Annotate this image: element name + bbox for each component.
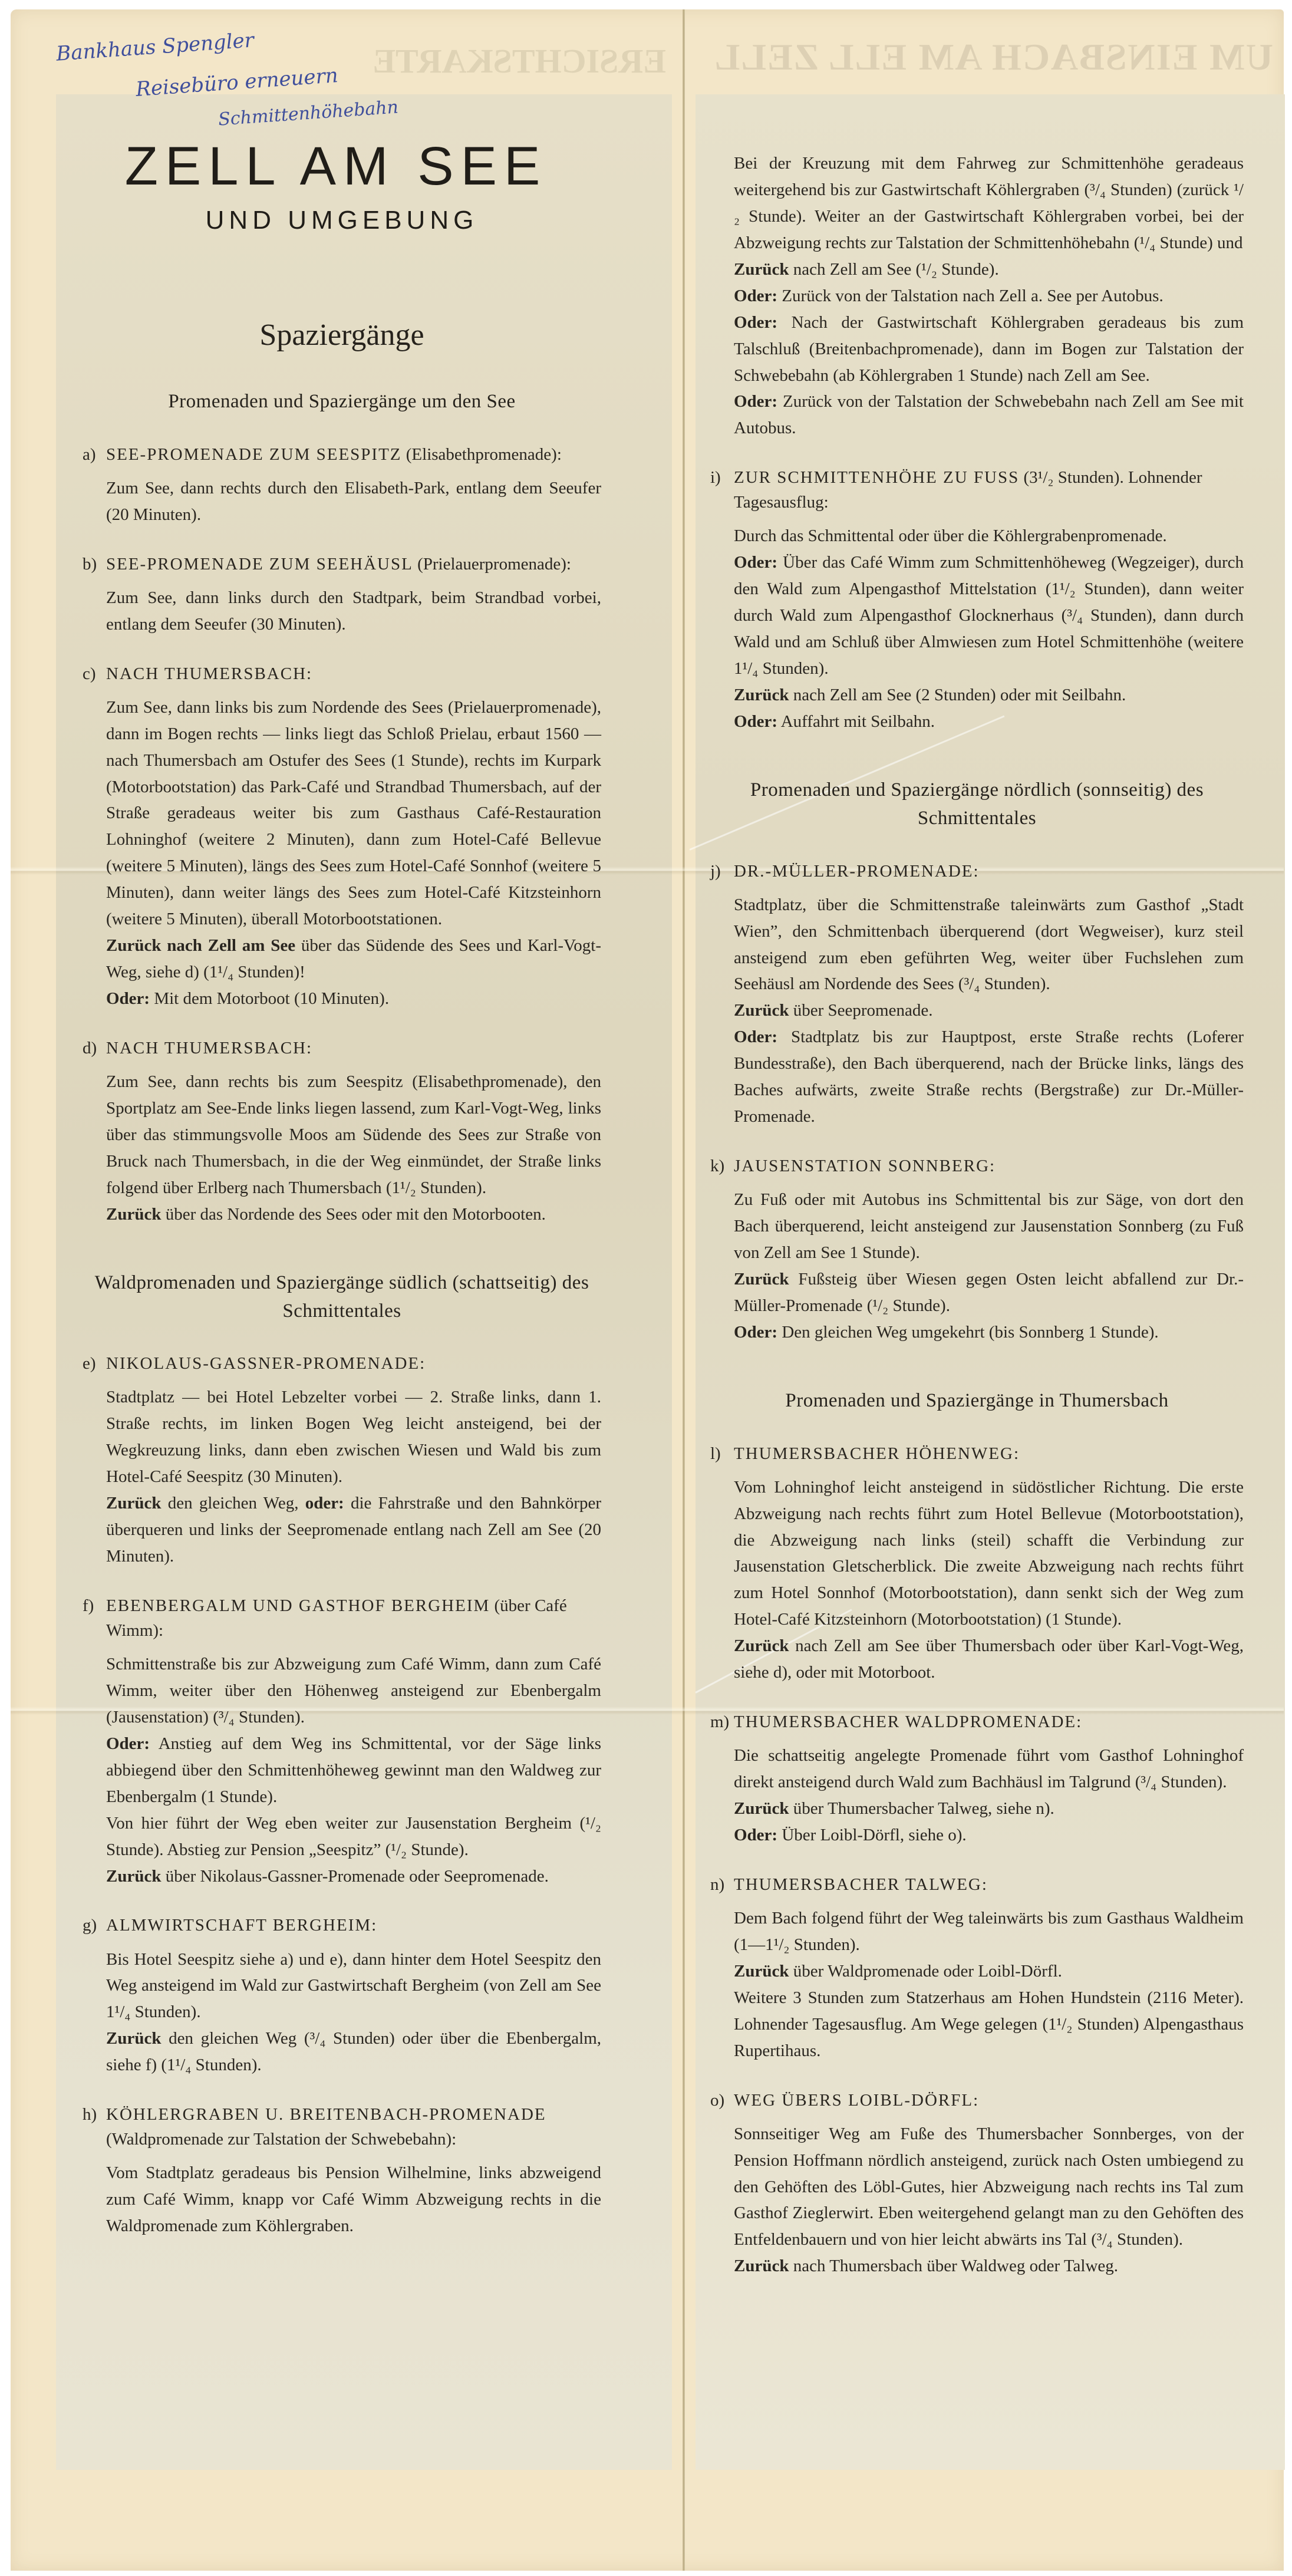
walk-paragraph: Oder: Stadtplatz bis zur Hauptpost, erst… (734, 1024, 1244, 1130)
walk-title: h)KÖHLERGRABEN U. BREITENBACH-PROMENADE … (83, 2102, 601, 2152)
walk-title: m)THUMERSBACHER WALDPROMENADE: (710, 1709, 1244, 1734)
walk-title: a)SEE-PROMENADE ZUM SEESPITZ (Elisabethp… (83, 442, 601, 467)
walk-item: j)DR.-MÜLLER-PROMENADE:Stadtplatz, über … (710, 859, 1244, 1130)
walk-paragraph: Zurück über Nikolaus-Gassner-Promenade o… (106, 1863, 601, 1890)
walk-item: c)NACH THUMERSBACH:Zum See, dann links b… (83, 661, 601, 1012)
left-sections: Promenaden und Spaziergänge um den Seea)… (83, 388, 601, 2239)
walk-name: SEE-PROMENADE ZUM SEESPITZ (106, 445, 402, 464)
section-heading: Waldpromenaden und Spaziergänge südlich … (83, 1269, 601, 1326)
walk-name: THUMERSBACHER TALWEG: (734, 1875, 988, 1894)
walk-letter: m) (710, 1709, 734, 1734)
brochure-title: ZELL AM SEE (71, 136, 601, 197)
walk-paragraph: Zum See, dann rechts durch den Elisabeth… (106, 475, 601, 528)
walk-paragraph: Die schattseitig angelegte Promenade füh… (734, 1742, 1244, 1796)
walk-name: THUMERSBACHER HÖHENWEG: (734, 1444, 1020, 1463)
walk-paragraph: Oder: Über Loibl-Dörfl, siehe o). (734, 1822, 1244, 1849)
walk-letter: a) (83, 442, 106, 467)
walk-name: ALMWIRTSCHAFT BERGHEIM: (106, 1916, 377, 1935)
walk-paragraph: Zurück über Thumersbacher Talweg, siehe … (734, 1796, 1244, 1822)
walk-name: KÖHLERGRABEN U. BREITENBACH-PROMENADE (106, 2105, 546, 2124)
walk-paragraph: Weitere 3 Stunden zum Statzerhaus am Hoh… (734, 1985, 1244, 2064)
walk-letter: j) (710, 859, 734, 884)
walk-letter: l) (710, 1441, 734, 1466)
walk-name: NACH THUMERSBACH: (106, 1039, 312, 1058)
walk-letter: g) (83, 1913, 106, 1938)
walk-paragraph: Zurück nach Zell am See über das Südende… (106, 933, 601, 986)
walk-title: j)DR.-MÜLLER-PROMENADE: (710, 859, 1244, 884)
walk-title: g)ALMWIRTSCHAFT BERGHEIM: (83, 1913, 601, 1938)
section-heading: Promenaden und Spaziergänge nördlich (so… (710, 776, 1244, 833)
walk-letter: d) (83, 1036, 106, 1060)
walk-paragraph: Oder: Auffahrt mit Seilbahn. (734, 709, 1244, 735)
walk-item: g)ALMWIRTSCHAFT BERGHEIM:Bis Hotel Seesp… (83, 1913, 601, 2078)
walk-letter: i) (710, 465, 734, 490)
walk-title: f)EBENBERGALM UND GASTHOF BERGHEIM (über… (83, 1593, 601, 1643)
walk-paragraph: Zurück nach Zell am See über Thumersbach… (734, 1633, 1244, 1686)
walk-paragraph: Zum See, dann links durch den Stadtpark,… (106, 585, 601, 638)
walk-paragraph: Zurück über Waldpromenade oder Loibl-Dör… (734, 1958, 1244, 1985)
walk-item: m)THUMERSBACHER WALDPROMENADE:Die schatt… (710, 1709, 1244, 1849)
paragraph: Zurück nach Zell am See (¹/₂ Stunde). (734, 256, 1244, 283)
walk-paragraph: Oder: Anstieg auf dem Weg ins Schmittent… (106, 1731, 601, 1810)
walk-paragraph: Zurück nach Zell am See (2 Stunden) oder… (734, 682, 1244, 709)
walk-letter: h) (83, 2102, 106, 2127)
walk-item: b)SEE-PROMENADE ZUM SEEHÄUSL (Prielauerp… (83, 552, 601, 638)
right-sections: Bei der Kreuzung mit dem Fahrweg zur Sch… (710, 150, 1244, 2279)
walk-title: e)NIKOLAUS-GASSNER-PROMENADE: (83, 1351, 601, 1376)
walk-note: (Prielauerpromenade): (413, 555, 571, 574)
walk-paragraph: Bis Hotel Seespitz siehe a) und e), dann… (106, 1946, 601, 2026)
walk-title: c)NACH THUMERSBACH: (83, 661, 601, 686)
walk-paragraph: Zurück über Seepromenade. (734, 997, 1244, 1024)
walk-item: d)NACH THUMERSBACH:Zum See, dann rechts … (83, 1036, 601, 1228)
walk-paragraph: Stadtplatz — bei Hotel Lebzelter vorbei … (106, 1384, 601, 1490)
walk-name: THUMERSBACHER WALDPROMENADE: (734, 1712, 1082, 1731)
walk-paragraph: Zum See, dann rechts bis zum Seespitz (E… (106, 1069, 601, 1201)
walk-item: e)NIKOLAUS-GASSNER-PROMENADE:Stadtplatz … (83, 1351, 601, 1570)
walk-name: SEE-PROMENADE ZUM SEEHÄUSL (106, 555, 413, 574)
walk-item: i)ZUR SCHMITTENHÖHE ZU FUSS (3¹/₂ Stunde… (710, 465, 1244, 735)
left-column: ZELL AM SEE UND UMGEBUNG Spaziergänge Pr… (83, 136, 601, 2263)
paragraph: Oder: Nach der Gastwirtschaft Köhlergrab… (734, 309, 1244, 389)
walk-item: l)THUMERSBACHER HÖHENWEG:Vom Lohninghof … (710, 1441, 1244, 1686)
walk-letter: n) (710, 1872, 734, 1897)
walk-paragraph: Zurück über das Nordende des Sees oder m… (106, 1201, 601, 1228)
walk-paragraph: Zurück den gleichen Weg (³/₄ Stunden) od… (106, 2025, 601, 2078)
walk-title: b)SEE-PROMENADE ZUM SEEHÄUSL (Prielauerp… (83, 552, 601, 577)
walk-item: o)WEG ÜBERS LOIBL-DÖRFL:Sonnseitiger Weg… (710, 2088, 1244, 2280)
paragraph: Oder: Zurück von der Talstation nach Zel… (734, 283, 1244, 309)
walk-paragraph: Dem Bach folgend führt der Weg taleinwär… (734, 1905, 1244, 1958)
walk-item: f)EBENBERGALM UND GASTHOF BERGHEIM (über… (83, 1593, 601, 1890)
walk-title: l)THUMERSBACHER HÖHENWEG: (710, 1441, 1244, 1466)
walk-paragraph: Stadtplatz, über die Schmittenstraße tal… (734, 892, 1244, 998)
walk-paragraph: Zurück den gleichen Weg, oder: die Fahrs… (106, 1490, 601, 1570)
walk-paragraph: Zu Fuß oder mit Autobus ins Schmittental… (734, 1187, 1244, 1266)
walk-name: NIKOLAUS-GASSNER-PROMENADE: (106, 1354, 426, 1373)
walk-note: (Elisabethpromenade): (402, 445, 562, 464)
walk-paragraph: Zurück nach Thumersbach über Waldweg ode… (734, 2253, 1244, 2279)
walk-paragraph: Von hier führt der Weg eben weiter zur J… (106, 1810, 601, 1863)
walk-title: o)WEG ÜBERS LOIBL-DÖRFL: (710, 2088, 1244, 2113)
walk-paragraph: Oder: Den gleichen Weg umgekehrt (bis So… (734, 1319, 1244, 1346)
walk-item: n)THUMERSBACHER TALWEG:Dem Bach folgend … (710, 1872, 1244, 2064)
bleed-through-print-right: UM EINSBACH AM ELL ZELL (707, 35, 1273, 79)
walk-name: NACH THUMERSBACH: (106, 664, 312, 683)
walk-paragraph: Durch das Schmittental oder über die Köh… (734, 523, 1244, 549)
center-fold (683, 9, 685, 2571)
walk-name: ZUR SCHMITTENHÖHE ZU FUSS (734, 468, 1019, 487)
walk-letter: f) (83, 1593, 106, 1618)
walk-item: a)SEE-PROMENADE ZUM SEESPITZ (Elisabethp… (83, 442, 601, 528)
walk-letter: c) (83, 661, 106, 686)
section-heading: Promenaden und Spaziergänge in Thumersba… (710, 1387, 1244, 1415)
walk-name: JAUSENSTATION SONNBERG: (734, 1157, 996, 1175)
right-column: Bei der Kreuzung mit dem Fahrweg zur Sch… (710, 150, 1244, 2303)
walk-item: k)JAUSENSTATION SONNBERG:Zu Fuß oder mit… (710, 1154, 1244, 1346)
walk-paragraph: Oder: Über das Café Wimm zum Schmittenhö… (734, 549, 1244, 682)
paragraph: Bei der Kreuzung mit dem Fahrweg zur Sch… (734, 150, 1244, 256)
walk-title: n)THUMERSBACHER TALWEG: (710, 1872, 1244, 1897)
walk-name: WEG ÜBERS LOIBL-DÖRFL: (734, 2091, 979, 2110)
walk-title: k)JAUSENSTATION SONNBERG: (710, 1154, 1244, 1178)
walk-item: h)KÖHLERGRABEN U. BREITENBACH-PROMENADE … (83, 2102, 601, 2239)
walk-paragraph: Vom Lohninghof leicht ansteigend in südö… (734, 1474, 1244, 1633)
walk-title: i)ZUR SCHMITTENHÖHE ZU FUSS (3¹/₂ Stunde… (710, 465, 1244, 515)
walk-name: EBENBERGALM UND GASTHOF BERGHEIM (106, 1596, 490, 1615)
walk-paragraph: Oder: Mit dem Motorboot (10 Minuten). (106, 986, 601, 1012)
walk-letter: b) (83, 552, 106, 577)
main-heading: Spaziergänge (83, 318, 601, 353)
walk-paragraph: Zurück Fußsteig über Wiesen gegen Osten … (734, 1266, 1244, 1319)
walk-paragraph: Sonnseitiger Weg am Fuße des Thumersbach… (734, 2121, 1244, 2254)
paragraph: Oder: Zurück von der Talstation der Schw… (734, 388, 1244, 442)
walk-letter: e) (83, 1351, 106, 1376)
walk-note: (Waldpromenade zur Talstation der Schweb… (106, 2130, 456, 2149)
walk-letter: k) (710, 1154, 734, 1178)
walk-paragraph: Vom Stadtplatz geradeaus bis Pension Wil… (106, 2160, 601, 2239)
section-heading: Promenaden und Spaziergänge um den See (83, 388, 601, 416)
walk-paragraph: Zum See, dann links bis zum Nordende des… (106, 694, 601, 933)
walk-name: DR.-MÜLLER-PROMENADE: (734, 862, 980, 881)
brochure-subtitle: UND UMGEBUNG (83, 206, 601, 235)
walk-letter: o) (710, 2088, 734, 2113)
walk-paragraph: Schmittenstraße bis zur Abzweigung zum C… (106, 1651, 601, 1731)
walk-title: d)NACH THUMERSBACH: (83, 1036, 601, 1060)
